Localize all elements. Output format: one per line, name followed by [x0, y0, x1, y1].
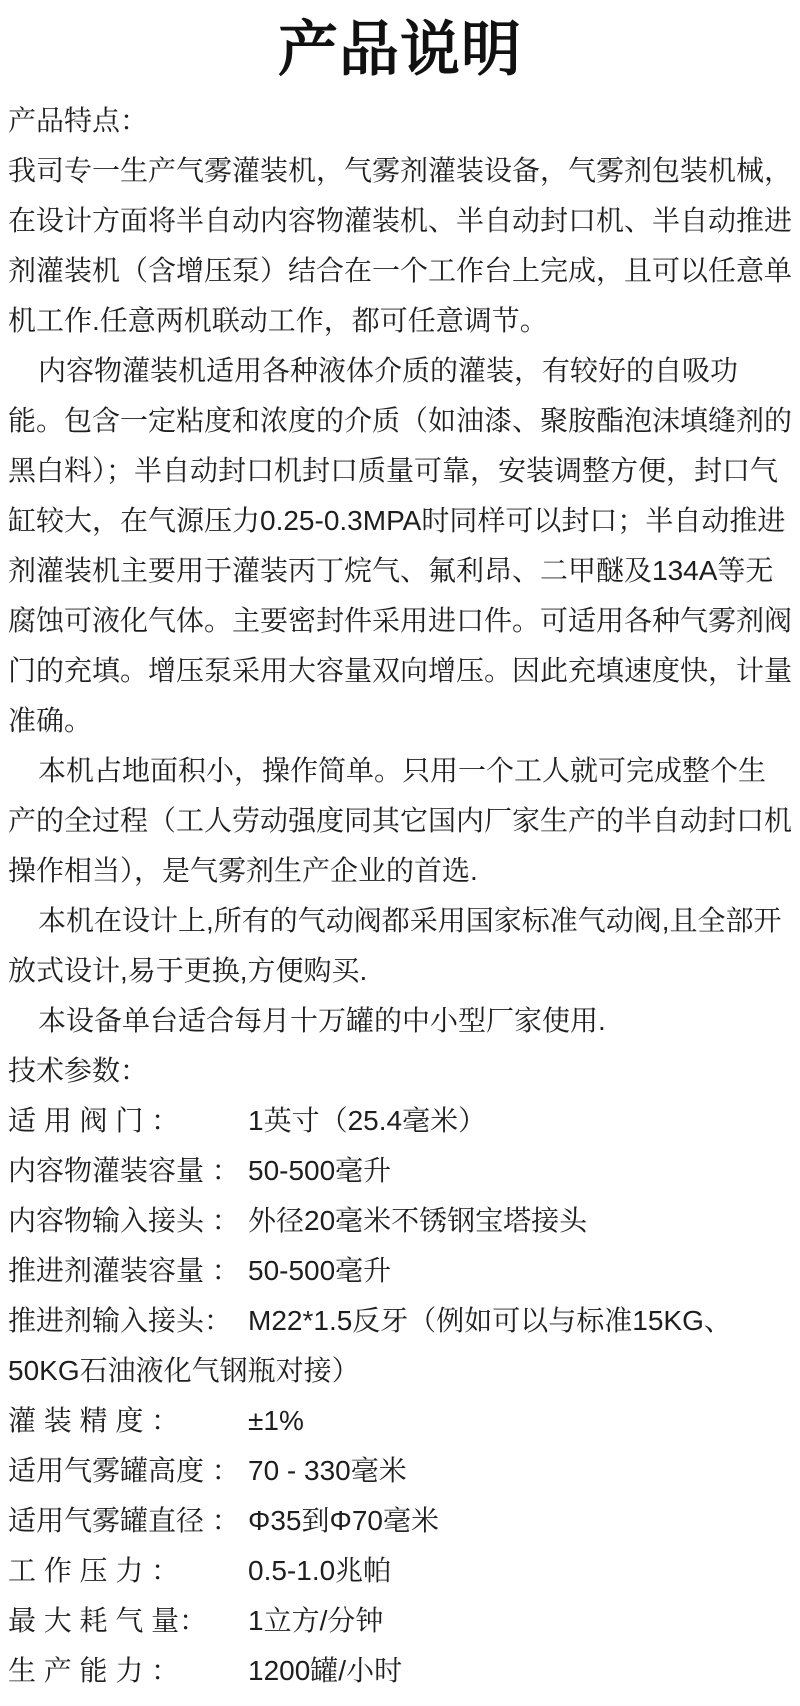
spec-row: 内容物灌装容量 ：50-500毫升 [8, 1146, 792, 1196]
spec-row: 工 作 压 力 ：0.5-1.0兆帕 [8, 1546, 792, 1596]
spec-value: ±1% [248, 1405, 304, 1436]
spec-value: 50-500毫升 [248, 1155, 391, 1186]
spec-label: 灌 装 精 度 ： [8, 1396, 240, 1446]
spec-row: 适用气雾罐直径 ：Φ35到Φ70毫米 [8, 1496, 792, 1546]
feature-paragraph: 本设备单台适合每月十万罐的中小型厂家使用. [8, 996, 792, 1046]
spec-value: Φ35到Φ70毫米 [248, 1505, 439, 1536]
spec-row: 适 用 阀 门 ：1英寸（25.4毫米） [8, 1096, 792, 1146]
feature-paragraphs: 我司专一生产气雾灌装机，气雾剂灌装设备，气雾剂包装机械，在设计方面将半自动内容物… [8, 146, 792, 1046]
feature-paragraph: 本机在设计上,所有的气动阀都采用国家标准气动阀,且全部开放式设计,易于更换,方便… [8, 896, 792, 996]
spec-value: 70 - 330毫米 [248, 1455, 407, 1486]
spec-value: 50-500毫升 [248, 1255, 391, 1286]
spec-row: 生 产 能 力 ：1200罐/小时 [8, 1646, 792, 1696]
spec-label: 推进剂灌装容量 ： [8, 1246, 240, 1296]
spec-value: 1立方/分钟 [248, 1605, 383, 1636]
product-description-document: 产品说明 产品特点： 我司专一生产气雾灌装机，气雾剂灌装设备，气雾剂包装机械，在… [0, 0, 800, 1706]
spec-row: 推进剂灌装容量 ：50-500毫升 [8, 1246, 792, 1296]
spec-row: 最 大 耗 气 量：1立方/分钟 [8, 1596, 792, 1646]
spec-row: 推进剂输入接头：M22*1.5反牙（例如可以与标准15KG、50KG石油液化气钢… [8, 1296, 792, 1396]
page-title: 产品说明 [8, 0, 792, 96]
spec-label: 推进剂输入接头： [8, 1296, 240, 1346]
spec-label: 适用气雾罐直径 ： [8, 1496, 240, 1546]
feature-paragraph: 本机占地面积小，操作简单。只用一个工人就可完成整个生产的全过程（工人劳动强度同其… [8, 746, 792, 896]
spec-value: 1200罐/小时 [248, 1655, 402, 1686]
spec-label: 工 作 压 力 ： [8, 1546, 240, 1596]
spec-label: 最 大 耗 气 量： [8, 1596, 240, 1646]
spec-label: 内容物输入接头 ： [8, 1196, 240, 1246]
features-heading: 产品特点： [8, 96, 792, 146]
spec-label: 生 产 能 力 ： [8, 1646, 240, 1696]
spec-label: 适 用 阀 门 ： [8, 1096, 240, 1146]
spec-value: 0.5-1.0兆帕 [248, 1555, 391, 1586]
spec-row: 灌 装 精 度 ：±1% [8, 1396, 792, 1446]
spec-row: 适用气雾罐高度 ：70 - 330毫米 [8, 1446, 792, 1496]
spec-value: 外径20毫米不锈钢宝塔接头 [248, 1205, 587, 1236]
feature-paragraph: 我司专一生产气雾灌装机，气雾剂灌装设备，气雾剂包装机械，在设计方面将半自动内容物… [8, 146, 792, 346]
spec-label: 内容物灌装容量 ： [8, 1146, 240, 1196]
spec-label: 适用气雾罐高度 ： [8, 1446, 240, 1496]
feature-paragraph: 内容物灌装机适用各种液体介质的灌装，有较好的自吸功能。包含一定粘度和浓度的介质（… [8, 346, 792, 746]
params-heading: 技术参数： [8, 1046, 792, 1096]
spec-value: 1英寸（25.4毫米） [248, 1105, 486, 1136]
spec-list: 适 用 阀 门 ：1英寸（25.4毫米） 内容物灌装容量 ：50-500毫升 内… [8, 1096, 792, 1696]
spec-row: 内容物输入接头 ：外径20毫米不锈钢宝塔接头 [8, 1196, 792, 1246]
